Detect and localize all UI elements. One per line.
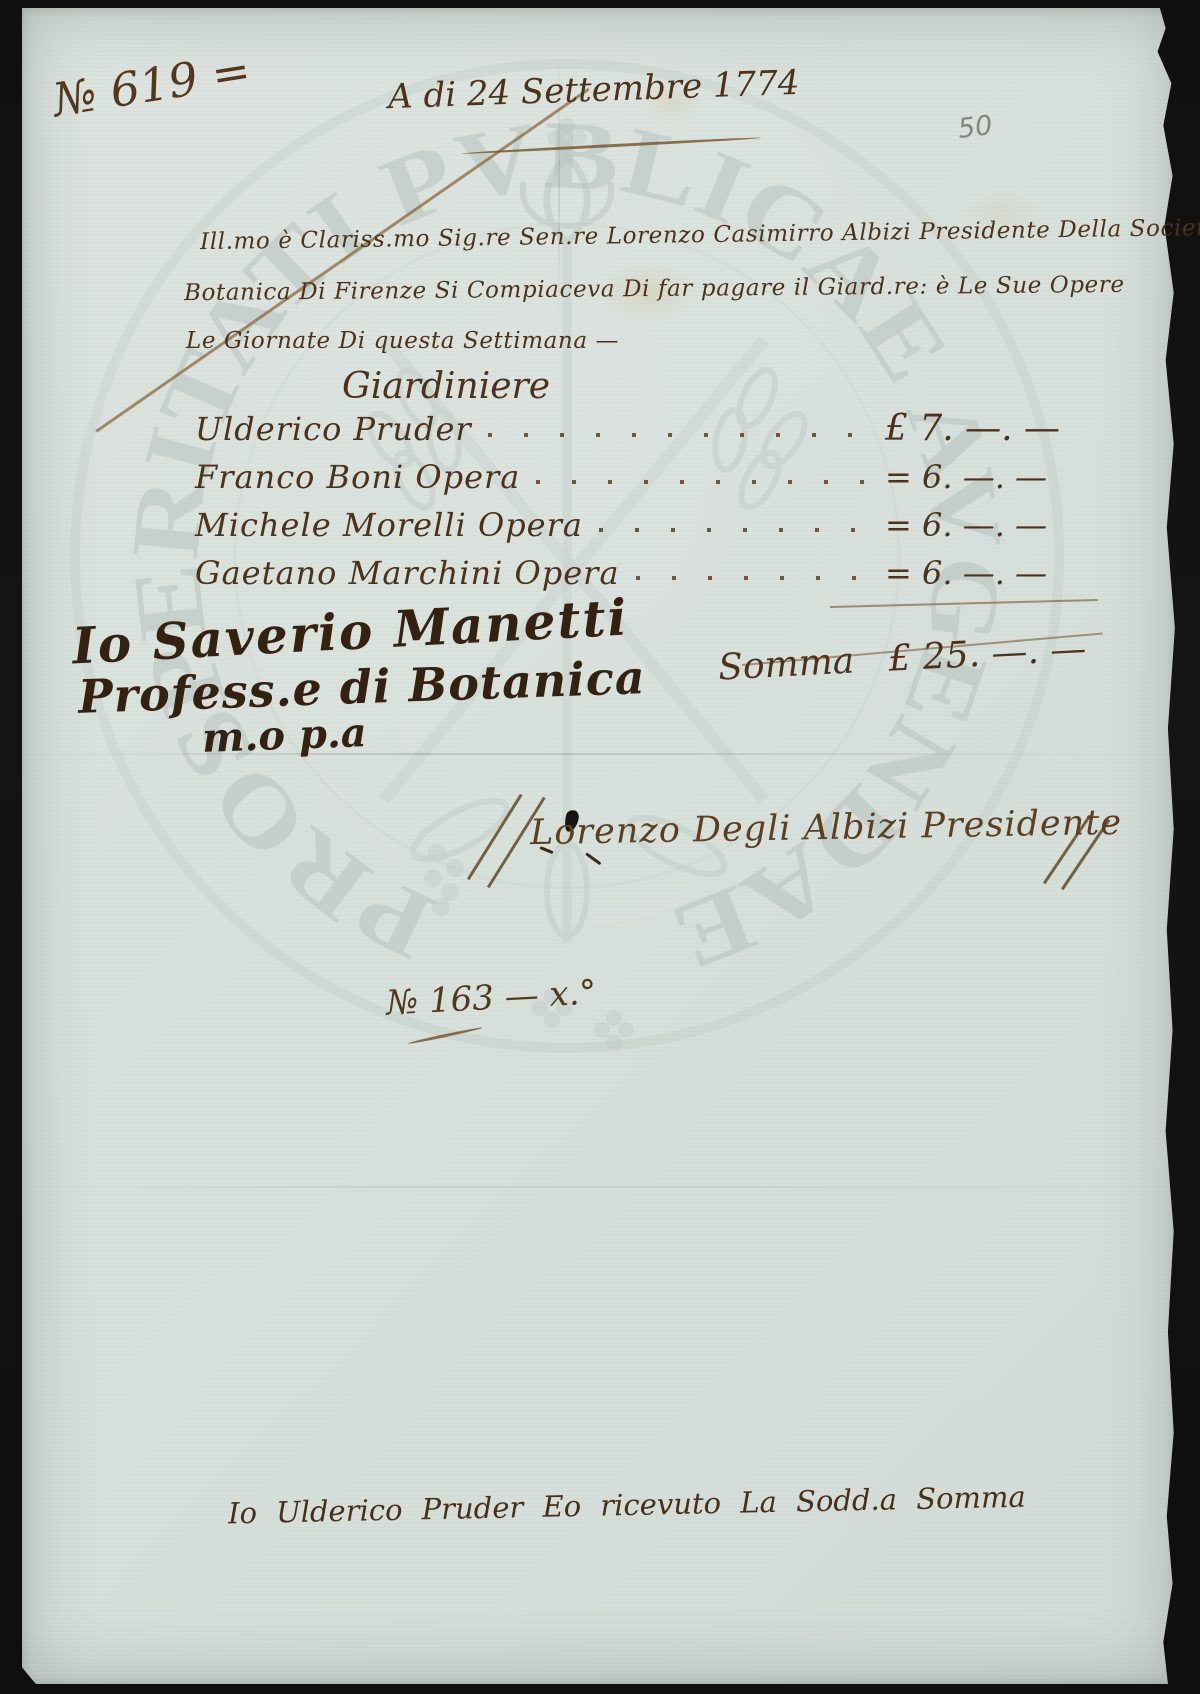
payment-amount: = 6. —. — [885,458,1095,496]
total-label: Somma [717,641,855,689]
payment-row: Michele Morelli Opera = 6. —. — [195,506,1095,544]
dotted-leader [488,433,869,437]
payee-name: Michele Morelli Opera [195,506,583,544]
dotted-leader [599,528,869,532]
dotted-leader [636,576,869,580]
payee-name: Ulderico Pruder [195,410,472,448]
dotted-leader [536,480,869,484]
payment-row: Ulderico Pruder £ 7. —. — [195,408,1095,449]
section-heading: Giardiniere [342,366,550,407]
payment-amount: = 6. —. — [885,554,1095,592]
payee-name: Franco Boni Opera [195,458,520,496]
payment-row: Franco Boni Opera = 6. —. — [195,458,1095,496]
pencil-page-number: 50 [956,110,994,145]
scan-background: PROSPERITATI PVBLICAE AVGENDAE [0,0,1200,1694]
payee-name: Gaetano Marchini Opera [195,554,620,592]
attestation-line-3: m.o p.a [201,709,367,762]
salutation-line-3: Le Giornate Di questa Settimana — [186,328,619,354]
payment-amount: £ 7. —. — [885,408,1095,449]
payment-row: Gaetano Marchini Opera = 6. —. — [195,554,1095,592]
fold-crease [22,753,1176,755]
fold-crease [22,1186,1176,1188]
payment-amount: = 6. —. — [885,506,1095,544]
